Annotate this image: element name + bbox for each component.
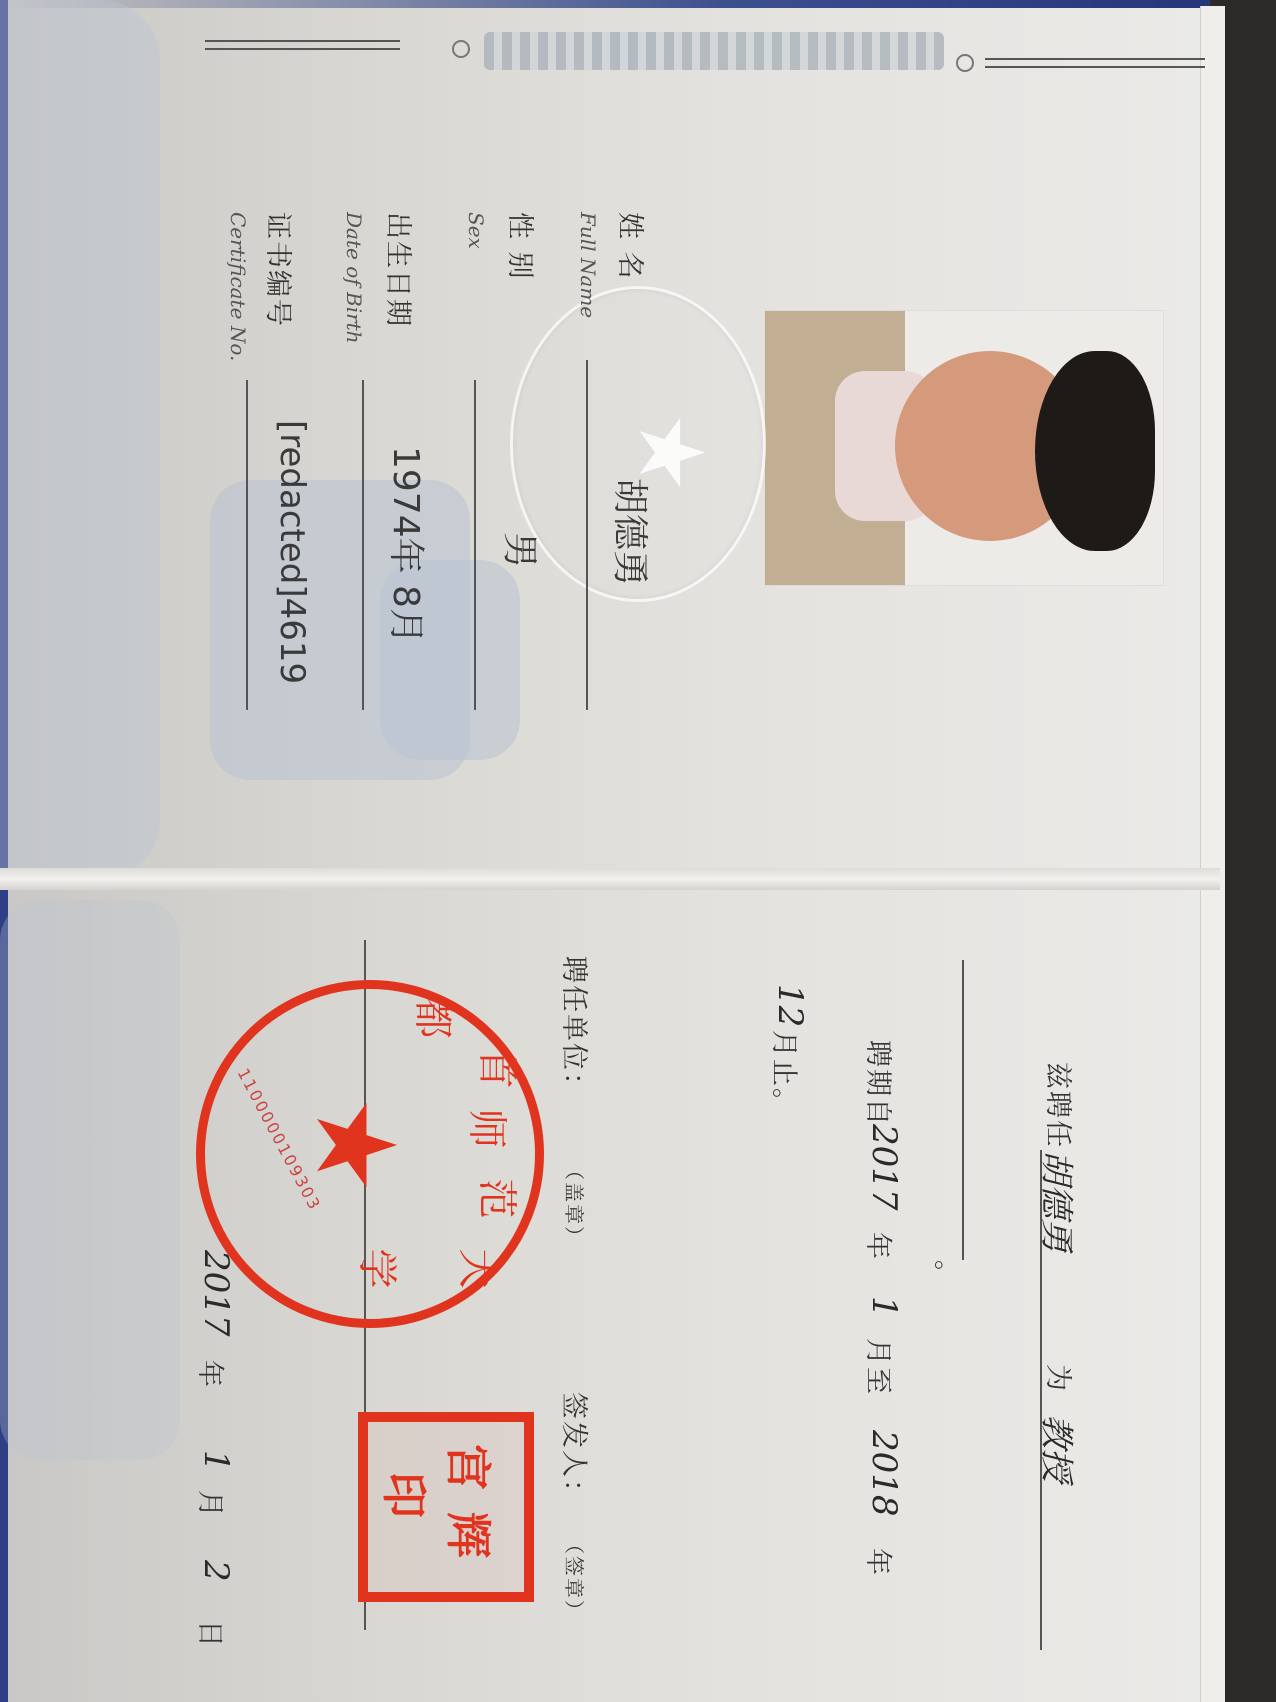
end-month: 12: [770, 984, 810, 1027]
start-year: 2017: [864, 1124, 904, 1211]
appoint-prefix: 兹聘任: [1041, 1062, 1080, 1149]
seal-char: 辉: [438, 1512, 504, 1558]
issue-year-char: 年: [193, 1360, 232, 1389]
seal-char: 范: [472, 1179, 529, 1219]
ornament-rule: [985, 66, 1205, 68]
value-cert-no: [redacted]4619: [272, 420, 312, 684]
label-cert-cn: 证书编号: [261, 212, 300, 328]
blank-line-period: 。: [929, 1260, 968, 1289]
blue-cover-edge: [0, 0, 1210, 8]
value-sex: 男: [497, 532, 548, 568]
seal-char: 大: [452, 1249, 509, 1289]
field-underline: [586, 360, 588, 710]
year-char: 年: [861, 1232, 900, 1261]
seal-star-icon: ★: [300, 1096, 410, 1195]
ornament-rule: [205, 48, 400, 50]
label-dob-en: Date of Birth: [342, 212, 366, 344]
field-underline: [474, 380, 476, 710]
blank-line: [962, 960, 964, 1260]
appoint-as: 为: [1041, 1364, 1080, 1393]
portrait-photo: [764, 310, 1164, 586]
ornament-circle: [452, 40, 470, 58]
employer-note: （盖章）: [561, 1160, 590, 1248]
start-month: 1: [864, 1296, 904, 1318]
appoint-underline: [1040, 1150, 1042, 1650]
label-sex-en: Sex: [464, 212, 488, 249]
label-dob-cn: 出生日期: [381, 212, 420, 328]
field-underline: [362, 380, 364, 710]
position-handwritten: 教授: [1035, 1414, 1084, 1482]
issue-year: 2017: [196, 1250, 236, 1337]
label-name-en: Full Name: [576, 212, 600, 318]
issue-day-char: 日: [193, 1620, 232, 1649]
ornament-band: [484, 32, 944, 70]
seal-char: 宫: [438, 1444, 504, 1490]
label-sex-cn: 性 别: [503, 212, 542, 281]
month-to: 月至: [861, 1338, 900, 1396]
label-cert-en: Certificate No.: [226, 212, 250, 361]
seal-char: 学: [352, 1249, 409, 1289]
period-prefix: 聘期自: [861, 1040, 900, 1127]
issue-day: 2: [196, 1560, 236, 1582]
seal-char: 师: [462, 1109, 519, 1149]
issue-month-char: 月: [193, 1490, 232, 1519]
end-suffix: 月止。: [767, 1030, 806, 1117]
value-name: 胡德勇: [607, 478, 658, 586]
issue-month: 1: [196, 1450, 236, 1472]
seal-char: 都: [408, 999, 465, 1039]
employer-label: 聘任单位：: [557, 956, 596, 1101]
field-underline: [246, 380, 248, 710]
temple-watermark: [0, 0, 160, 880]
temple-watermark-lower: [0, 900, 180, 1460]
ornament-rule: [985, 58, 1205, 60]
appointee-handwritten: 胡德勇: [1035, 1150, 1084, 1252]
value-dob: 1974年 8月: [383, 446, 434, 644]
end-year: 2018: [864, 1430, 904, 1517]
paper-edge: [1200, 6, 1225, 1702]
page-fold: [0, 868, 1220, 890]
seal-char: 印: [374, 1472, 440, 1518]
ornament-circle: [956, 54, 974, 72]
label-name-cn: 姓 名: [613, 212, 652, 281]
ornament-rule: [205, 40, 400, 42]
square-red-seal: 宫 辉 印: [358, 1412, 534, 1602]
signer-note: （签章）: [561, 1534, 590, 1622]
signer-label: 签发人：: [557, 1392, 596, 1508]
end-year-char: 年: [861, 1548, 900, 1577]
seal-char: 首: [472, 1049, 529, 1089]
